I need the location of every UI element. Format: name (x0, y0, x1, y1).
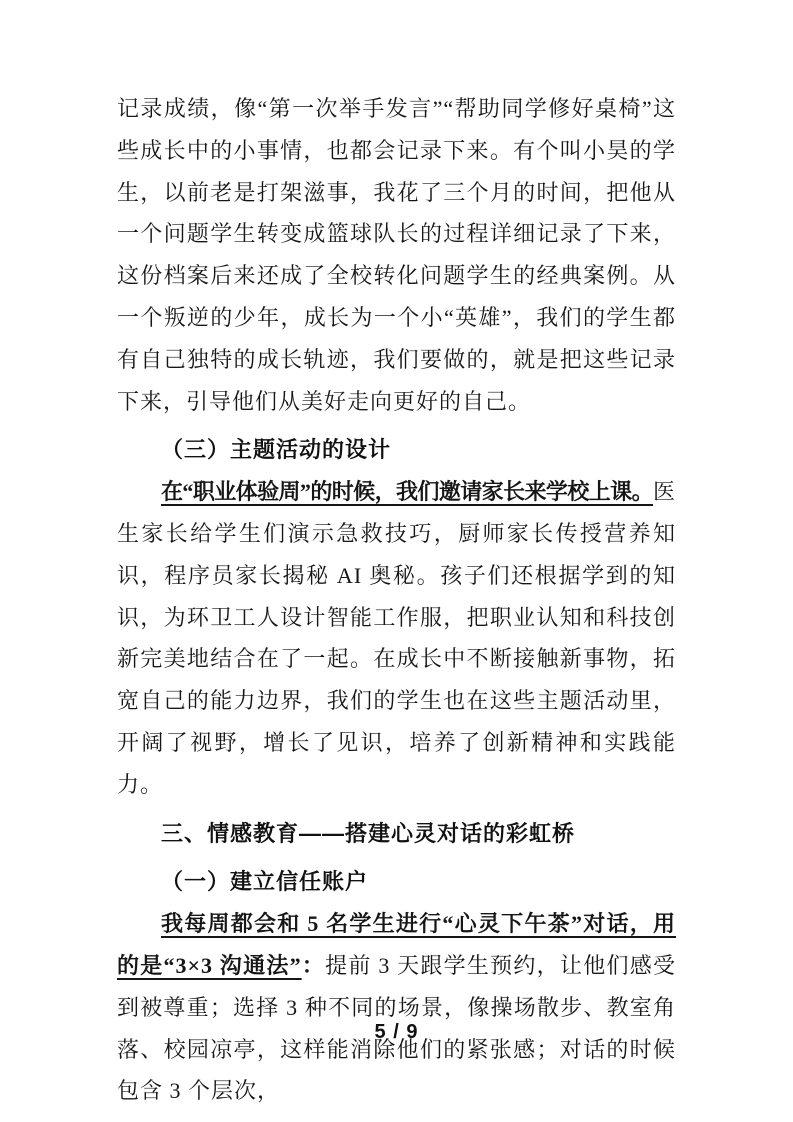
paragraph-growth-archive: 记录成绩，像“第一次举手发言”“帮助同学修好桌椅”这些成长中的小事情，也都会记录… (117, 88, 676, 422)
underlined-career-week-sentence: 在“职业体验周”的时候，我们邀请家长来学校上课。 (161, 479, 653, 504)
paragraph-trust-account: 我每周都会和 5 名学生进行“心灵下午茶”对话，用的是“3×3 沟通法”：提前 … (117, 903, 676, 1112)
document-body: 记录成绩，像“第一次举手发言”“帮助同学修好桌椅”这些成长中的小事情，也都会记录… (117, 88, 676, 1112)
paragraph-theme-activities-text: 医生家长给学生们演示急救技巧，厨师家长传授营养知识，程序员家长揭秘 AI 奥秘。… (117, 479, 676, 797)
paragraph-theme-activities: 在“职业体验周”的时候，我们邀请家长来学校上课。医生家长给学生们演示急救技巧，厨… (117, 471, 676, 805)
document-page: 记录成绩，像“第一次举手发言”“帮助同学修好桌椅”这些成长中的小事情，也都会记录… (0, 0, 793, 1122)
bold-colon: ： (302, 953, 326, 978)
heading-section-trust-account: （一）建立信任账户 (117, 861, 676, 903)
heading-chapter-emotional-education: 三、情感教育——搭建心灵对话的彩虹桥 (117, 813, 676, 855)
heading-section-theme-activity-design: （三）主题活动的设计 (117, 429, 676, 471)
page-number: 5 / 9 (0, 1022, 793, 1042)
